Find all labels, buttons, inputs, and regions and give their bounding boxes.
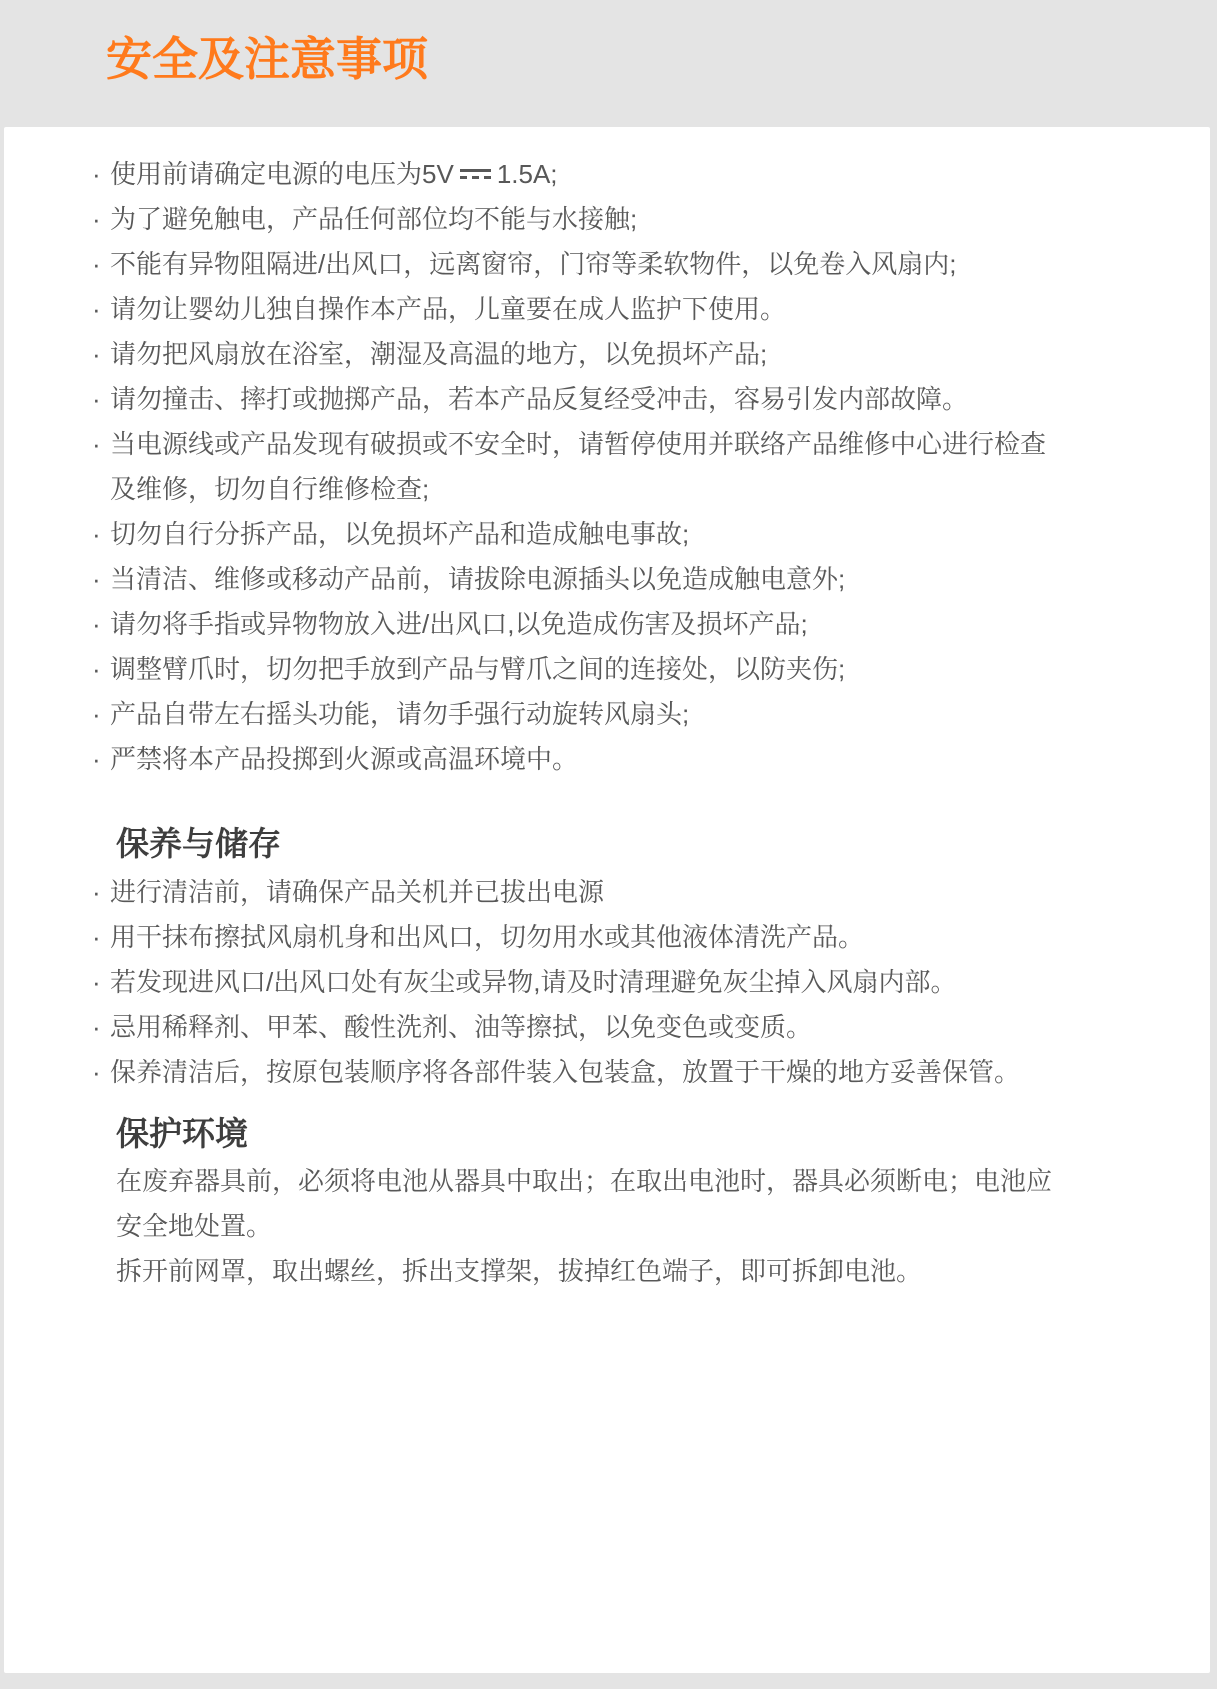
content-card: · 使用前请确定电源的电压为5V1.5A; · 为了避免触电，产品任何部位均不能…	[4, 127, 1210, 1673]
maintenance-item-text-plain: 进行清洁前，请确保产品关机并已拔出电源	[110, 877, 604, 907]
bullet-icon: ·	[92, 422, 110, 467]
safety-item-text: 产品自带左右摇头功能，请勿手强行动旋转风扇头;	[110, 692, 1180, 737]
page-header: 安全及注意事项	[0, 0, 1217, 127]
manual-page: 安全及注意事项 · 使用前请确定电源的电压为5V1.5A; · 为了避免触电，产…	[0, 0, 1217, 1689]
environment-heading: 保护环境	[4, 1110, 1180, 1158]
maintenance-item-text-plain: 保养清洁后，按原包装顺序将各部件装入包装盒，放置于干燥的地方妥善保管。	[110, 1057, 1020, 1087]
maintenance-item-text: 进行清洁前，请确保产品关机并已拔出电源	[110, 870, 1180, 915]
maintenance-heading: 保养与储存	[4, 820, 1180, 868]
safety-list-item: · 调整臂爪时，切勿把手放到产品与臂爪之间的连接处，以防夹伤;	[92, 647, 1180, 692]
environment-paragraph-text: 在废弃器具前，必须将电池从器具中取出；在取出电池时，器具必须断电；电池应 安全地…	[116, 1166, 1052, 1241]
safety-item-text-plain: 产品自带左右摇头功能，请勿手强行动旋转风扇头;	[110, 699, 689, 729]
bullet-icon: ·	[92, 602, 110, 647]
safety-list-item: · 请勿将手指或异物物放入进/出风口,以免造成伤害及损坏产品;	[92, 602, 1180, 647]
safety-list-item: · 请勿让婴幼儿独自操作本产品，儿童要在成人监护下使用。	[92, 287, 1180, 332]
safety-list-item: · 切勿自行分拆产品，以免损坏产品和造成触电事故;	[92, 512, 1180, 557]
bullet-icon: ·	[92, 960, 110, 1005]
safety-item-text-plain: 请勿把风扇放在浴室，潮湿及高温的地方，以免损坏产品;	[110, 339, 767, 369]
safety-item-text-plain: 请勿让婴幼儿独自操作本产品，儿童要在成人监护下使用。	[110, 294, 786, 324]
bullet-icon: ·	[92, 915, 110, 960]
page-title: 安全及注意事项	[106, 33, 1217, 85]
environment-paragraph: 拆开前网罩，取出螺丝，拆出支撑架，拔掉红色端子，即可拆卸电池。	[4, 1249, 1180, 1294]
safety-list-item: · 请勿撞击、摔打或抛掷产品，若本产品反复经受冲击，容易引发内部故障。	[92, 377, 1180, 422]
safety-item-text: 当清洁、维修或移动产品前，请拔除电源插头以免造成触电意外;	[110, 557, 1180, 602]
safety-item-text: 不能有异物阻隔进/出风口，远离窗帘，门帘等柔软物件，以免卷入风扇内;	[110, 242, 1180, 287]
safety-item-text: 请勿把风扇放在浴室，潮湿及高温的地方，以免损坏产品;	[110, 332, 1180, 377]
maintenance-item-text: 保养清洁后，按原包装顺序将各部件装入包装盒，放置于干燥的地方妥善保管。	[110, 1050, 1180, 1095]
safety-list-item: · 产品自带左右摇头功能，请勿手强行动旋转风扇头;	[92, 692, 1180, 737]
safety-list-item: · 请勿把风扇放在浴室，潮湿及高温的地方，以免损坏产品;	[92, 332, 1180, 377]
maintenance-list-item: · 进行清洁前，请确保产品关机并已拔出电源	[92, 870, 1180, 915]
safety-list-item: · 不能有异物阻隔进/出风口，远离窗帘，门帘等柔软物件，以免卷入风扇内;	[92, 242, 1180, 287]
bullet-icon: ·	[92, 870, 110, 915]
safety-item-text-before-symbol: 使用前请确定电源的电压为5V	[110, 159, 454, 189]
bullet-icon: ·	[92, 242, 110, 287]
safety-item-text-plain: 为了避免触电，产品任何部位均不能与水接触;	[110, 204, 637, 234]
safety-list-item: · 当清洁、维修或移动产品前，请拔除电源插头以免造成触电意外;	[92, 557, 1180, 602]
safety-item-text-plain: 严禁将本产品投掷到火源或高温环境中。	[110, 744, 578, 774]
bullet-icon: ·	[92, 152, 110, 197]
safety-list: · 使用前请确定电源的电压为5V1.5A; · 为了避免触电，产品任何部位均不能…	[4, 152, 1180, 782]
safety-item-text: 当电源线或产品发现有破损或不安全时，请暂停使用并联络产品维修中心进行检查 及维修…	[110, 422, 1180, 512]
bullet-icon: ·	[92, 647, 110, 692]
safety-item-text: 使用前请确定电源的电压为5V1.5A;	[110, 152, 1180, 197]
maintenance-item-text: 用干抹布擦拭风扇机身和出风口，切勿用水或其他液体清洗产品。	[110, 915, 1180, 960]
maintenance-list: · 进行清洁前，请确保产品关机并已拔出电源 · 用干抹布擦拭风扇机身和出风口，切…	[4, 870, 1180, 1095]
safety-list-item: · 为了避免触电，产品任何部位均不能与水接触;	[92, 197, 1180, 242]
bullet-icon: ·	[92, 332, 110, 377]
maintenance-list-item: · 用干抹布擦拭风扇机身和出风口，切勿用水或其他液体清洗产品。	[92, 915, 1180, 960]
safety-item-text: 严禁将本产品投掷到火源或高温环境中。	[110, 737, 1180, 782]
safety-list-item: · 当电源线或产品发现有破损或不安全时，请暂停使用并联络产品维修中心进行检查 及…	[92, 422, 1180, 512]
safety-item-text-plain: 调整臂爪时，切勿把手放到产品与臂爪之间的连接处，以防夹伤;	[110, 654, 845, 684]
safety-item-text: 切勿自行分拆产品，以免损坏产品和造成触电事故;	[110, 512, 1180, 557]
safety-item-text: 请勿撞击、摔打或抛掷产品，若本产品反复经受冲击，容易引发内部故障。	[110, 377, 1180, 422]
safety-item-text-plain: 当电源线或产品发现有破损或不安全时，请暂停使用并联络产品维修中心进行检查 及维修…	[110, 429, 1046, 504]
safety-item-text-plain: 不能有异物阻隔进/出风口，远离窗帘，门帘等柔软物件，以免卷入风扇内;	[110, 249, 956, 279]
bullet-icon: ·	[92, 1005, 110, 1050]
safety-item-text: 请勿让婴幼儿独自操作本产品，儿童要在成人监护下使用。	[110, 287, 1180, 332]
bullet-icon: ·	[92, 512, 110, 557]
safety-list-item: · 使用前请确定电源的电压为5V1.5A;	[92, 152, 1180, 197]
bullet-icon: ·	[92, 692, 110, 737]
maintenance-item-text: 忌用稀释剂、甲苯、酸性洗剂、油等擦拭，以免变色或变质。	[110, 1005, 1180, 1050]
bullet-icon: ·	[92, 737, 110, 782]
dc-symbol	[460, 169, 491, 179]
maintenance-list-item: · 保养清洁后，按原包装顺序将各部件装入包装盒，放置于干燥的地方妥善保管。	[92, 1050, 1180, 1095]
bullet-icon: ·	[92, 197, 110, 242]
safety-item-text: 为了避免触电，产品任何部位均不能与水接触;	[110, 197, 1180, 242]
maintenance-item-text: 若发现进风口/出风口处有灰尘或异物,请及时清理避免灰尘掉入风扇内部。	[110, 960, 1180, 1005]
bullet-icon: ·	[92, 287, 110, 332]
environment-paragraph: 在废弃器具前，必须将电池从器具中取出；在取出电池时，器具必须断电；电池应 安全地…	[4, 1159, 1180, 1249]
safety-item-text: 请勿将手指或异物物放入进/出风口,以免造成伤害及损坏产品;	[110, 602, 1180, 647]
bullet-icon: ·	[92, 557, 110, 602]
safety-item-text: 调整臂爪时，切勿把手放到产品与臂爪之间的连接处，以防夹伤;	[110, 647, 1180, 692]
maintenance-item-text-plain: 若发现进风口/出风口处有灰尘或异物,请及时清理避免灰尘掉入风扇内部。	[110, 967, 956, 997]
safety-item-text-plain: 请勿撞击、摔打或抛掷产品，若本产品反复经受冲击，容易引发内部故障。	[110, 384, 968, 414]
safety-item-text-plain: 当清洁、维修或移动产品前，请拔除电源插头以免造成触电意外;	[110, 564, 845, 594]
environment-paragraph-text: 拆开前网罩，取出螺丝，拆出支撑架，拔掉红色端子，即可拆卸电池。	[116, 1256, 922, 1286]
safety-item-text-after-symbol: 1.5A;	[497, 159, 558, 189]
safety-list-item: · 严禁将本产品投掷到火源或高温环境中。	[92, 737, 1180, 782]
safety-item-text-plain: 切勿自行分拆产品，以免损坏产品和造成触电事故;	[110, 519, 689, 549]
bullet-icon: ·	[92, 377, 110, 422]
maintenance-list-item: · 若发现进风口/出风口处有灰尘或异物,请及时清理避免灰尘掉入风扇内部。	[92, 960, 1180, 1005]
maintenance-item-text-plain: 用干抹布擦拭风扇机身和出风口，切勿用水或其他液体清洗产品。	[110, 922, 864, 952]
safety-item-text-plain: 请勿将手指或异物物放入进/出风口,以免造成伤害及损坏产品;	[110, 609, 808, 639]
environment-paragraphs: 在废弃器具前，必须将电池从器具中取出；在取出电池时，器具必须断电；电池应 安全地…	[4, 1159, 1180, 1294]
bullet-icon: ·	[92, 1050, 110, 1095]
maintenance-item-text-plain: 忌用稀释剂、甲苯、酸性洗剂、油等擦拭，以免变色或变质。	[110, 1012, 812, 1042]
maintenance-list-item: · 忌用稀释剂、甲苯、酸性洗剂、油等擦拭，以免变色或变质。	[92, 1005, 1180, 1050]
